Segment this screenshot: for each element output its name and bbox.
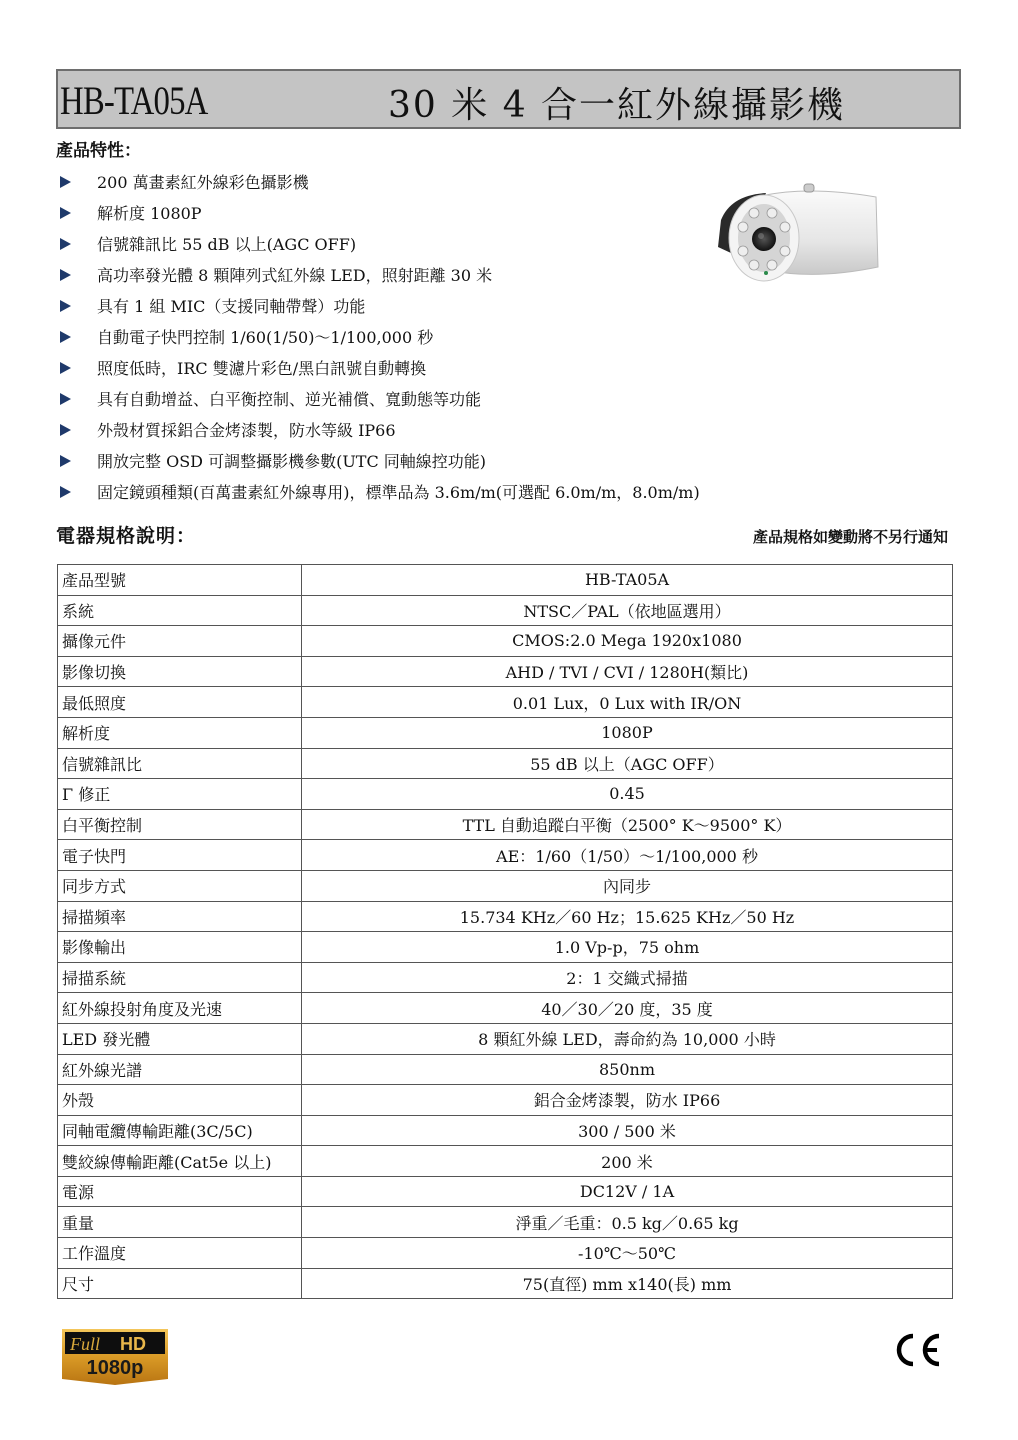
feature-item: 解析度 1080P xyxy=(60,197,700,228)
triangle-bullet-icon xyxy=(60,176,71,188)
table-row: 掃描系統2：1 交織式掃描 xyxy=(58,962,953,993)
triangle-bullet-icon xyxy=(60,300,71,312)
triangle-bullet-icon xyxy=(60,331,71,343)
table-row: LED 發光體8 顆紅外線 LED，壽命約為 10,000 小時 xyxy=(58,1023,953,1054)
table-row: 攝像元件CMOS:2.0 Mega 1920x1080 xyxy=(58,626,953,657)
model-title: HB-TA05A xyxy=(60,77,208,124)
feature-item: 信號雜訊比 55 dB 以上(AGC OFF) xyxy=(60,228,700,259)
svg-text:1080p: 1080p xyxy=(87,1357,144,1379)
table-row: 同軸電纜傳輸距離(3C/5C)300 / 500 米 xyxy=(58,1115,953,1146)
title-bar: HB-TA05A 30 米 4 合一紅外線攝影機 xyxy=(56,69,961,129)
spec-heading: 電器規格說明： xyxy=(56,521,196,548)
table-row: 紅外線光譜850nm xyxy=(58,1054,953,1085)
table-row: 信號雜訊比55 dB 以上（AGC OFF） xyxy=(58,748,953,779)
svg-text:Full: Full xyxy=(69,1334,100,1354)
table-row: 最低照度0.01 Lux，0 Lux with IR/ON xyxy=(58,687,953,718)
table-row: 電源DC12V / 1A xyxy=(58,1176,953,1207)
feature-item: 200 萬畫素紅外線彩色攝影機 xyxy=(60,166,700,197)
triangle-bullet-icon xyxy=(60,486,71,498)
feature-item: 照度低時，IRC 雙濾片彩色/黑白訊號自動轉換 xyxy=(60,352,700,383)
svg-text:HD: HD xyxy=(120,1334,146,1354)
table-row: 解析度1080P xyxy=(58,717,953,748)
ce-mark-icon xyxy=(893,1330,943,1370)
table-row: 影像切換AHD / TVI / CVI / 1280H(類比) xyxy=(58,656,953,687)
full-hd-1080p-badge-icon: Full HD 1080p xyxy=(60,1329,170,1385)
table-row: 紅外線投射角度及光速40／30／20 度，35 度 xyxy=(58,993,953,1024)
table-row: 白平衡控制TTL 自動追蹤白平衡（2500° K～9500° K） xyxy=(58,809,953,840)
feature-item: 高功率發光體 8 顆陣列式紅外線 LED，照射距離 30 米 xyxy=(60,259,700,290)
feature-item: 具有自動增益、白平衡控制、逆光補償、寬動態等功能 xyxy=(60,383,700,414)
triangle-bullet-icon xyxy=(60,238,71,250)
table-row: 重量淨重／毛重：0.5 kg／0.65 kg xyxy=(58,1207,953,1238)
table-row: 系統NTSC／PAL（依地區選用） xyxy=(58,595,953,626)
feature-item: 外殼材質採鋁合金烤漆製，防水等級 IP66 xyxy=(60,414,700,445)
table-row: 外殼鋁合金烤漆製，防水 IP66 xyxy=(58,1085,953,1116)
triangle-bullet-icon xyxy=(60,393,71,405)
product-title: 30 米 4 合一紅外線攝影機 xyxy=(388,77,845,128)
feature-item: 具有 1 組 MIC（支援同軸帶聲）功能 xyxy=(60,290,700,321)
feature-list: 200 萬畫素紅外線彩色攝影機 解析度 1080P 信號雜訊比 55 dB 以上… xyxy=(60,166,700,507)
spec-table: 產品型號HB-TA05A 系統NTSC／PAL（依地區選用） 攝像元件CMOS:… xyxy=(57,564,953,1299)
camera-product-image xyxy=(706,175,886,300)
table-row: 掃描頻率15.734 KHz／60 Hz；15.625 KHz／50 Hz xyxy=(58,901,953,932)
table-row: 雙絞線傳輸距離(Cat5e 以上)200 米 xyxy=(58,1146,953,1177)
table-row: 產品型號HB-TA05A xyxy=(58,565,953,596)
table-row: 同步方式內同步 xyxy=(58,870,953,901)
triangle-bullet-icon xyxy=(60,269,71,281)
triangle-bullet-icon xyxy=(60,455,71,467)
triangle-bullet-icon xyxy=(60,424,71,436)
table-row: 尺寸75(直徑) mm x140(長) mm xyxy=(58,1268,953,1299)
spec-change-notice: 產品規格如變動將不另行通知 xyxy=(753,526,948,547)
triangle-bullet-icon xyxy=(60,207,71,219)
feature-item: 固定鏡頭種類(百萬畫素紅外線專用)，標準品為 3.6m/m(可選配 6.0m/m… xyxy=(60,476,700,507)
table-row: 電子快門AE：1/60（1/50）～1/100,000 秒 xyxy=(58,840,953,871)
triangle-bullet-icon xyxy=(60,362,71,374)
table-row: 工作溫度-10℃～50℃ xyxy=(58,1238,953,1269)
feature-item: 自動電子快門控制 1/60(1/50)～1/100,000 秒 xyxy=(60,321,700,352)
table-row: Γ 修正0.45 xyxy=(58,779,953,810)
feature-item: 開放完整 OSD 可調整攝影機參數(UTC 同軸線控功能) xyxy=(60,445,700,476)
table-row: 影像輸出1.0 Vp-p，75 ohm xyxy=(58,932,953,963)
features-heading: 產品特性： xyxy=(56,136,141,161)
